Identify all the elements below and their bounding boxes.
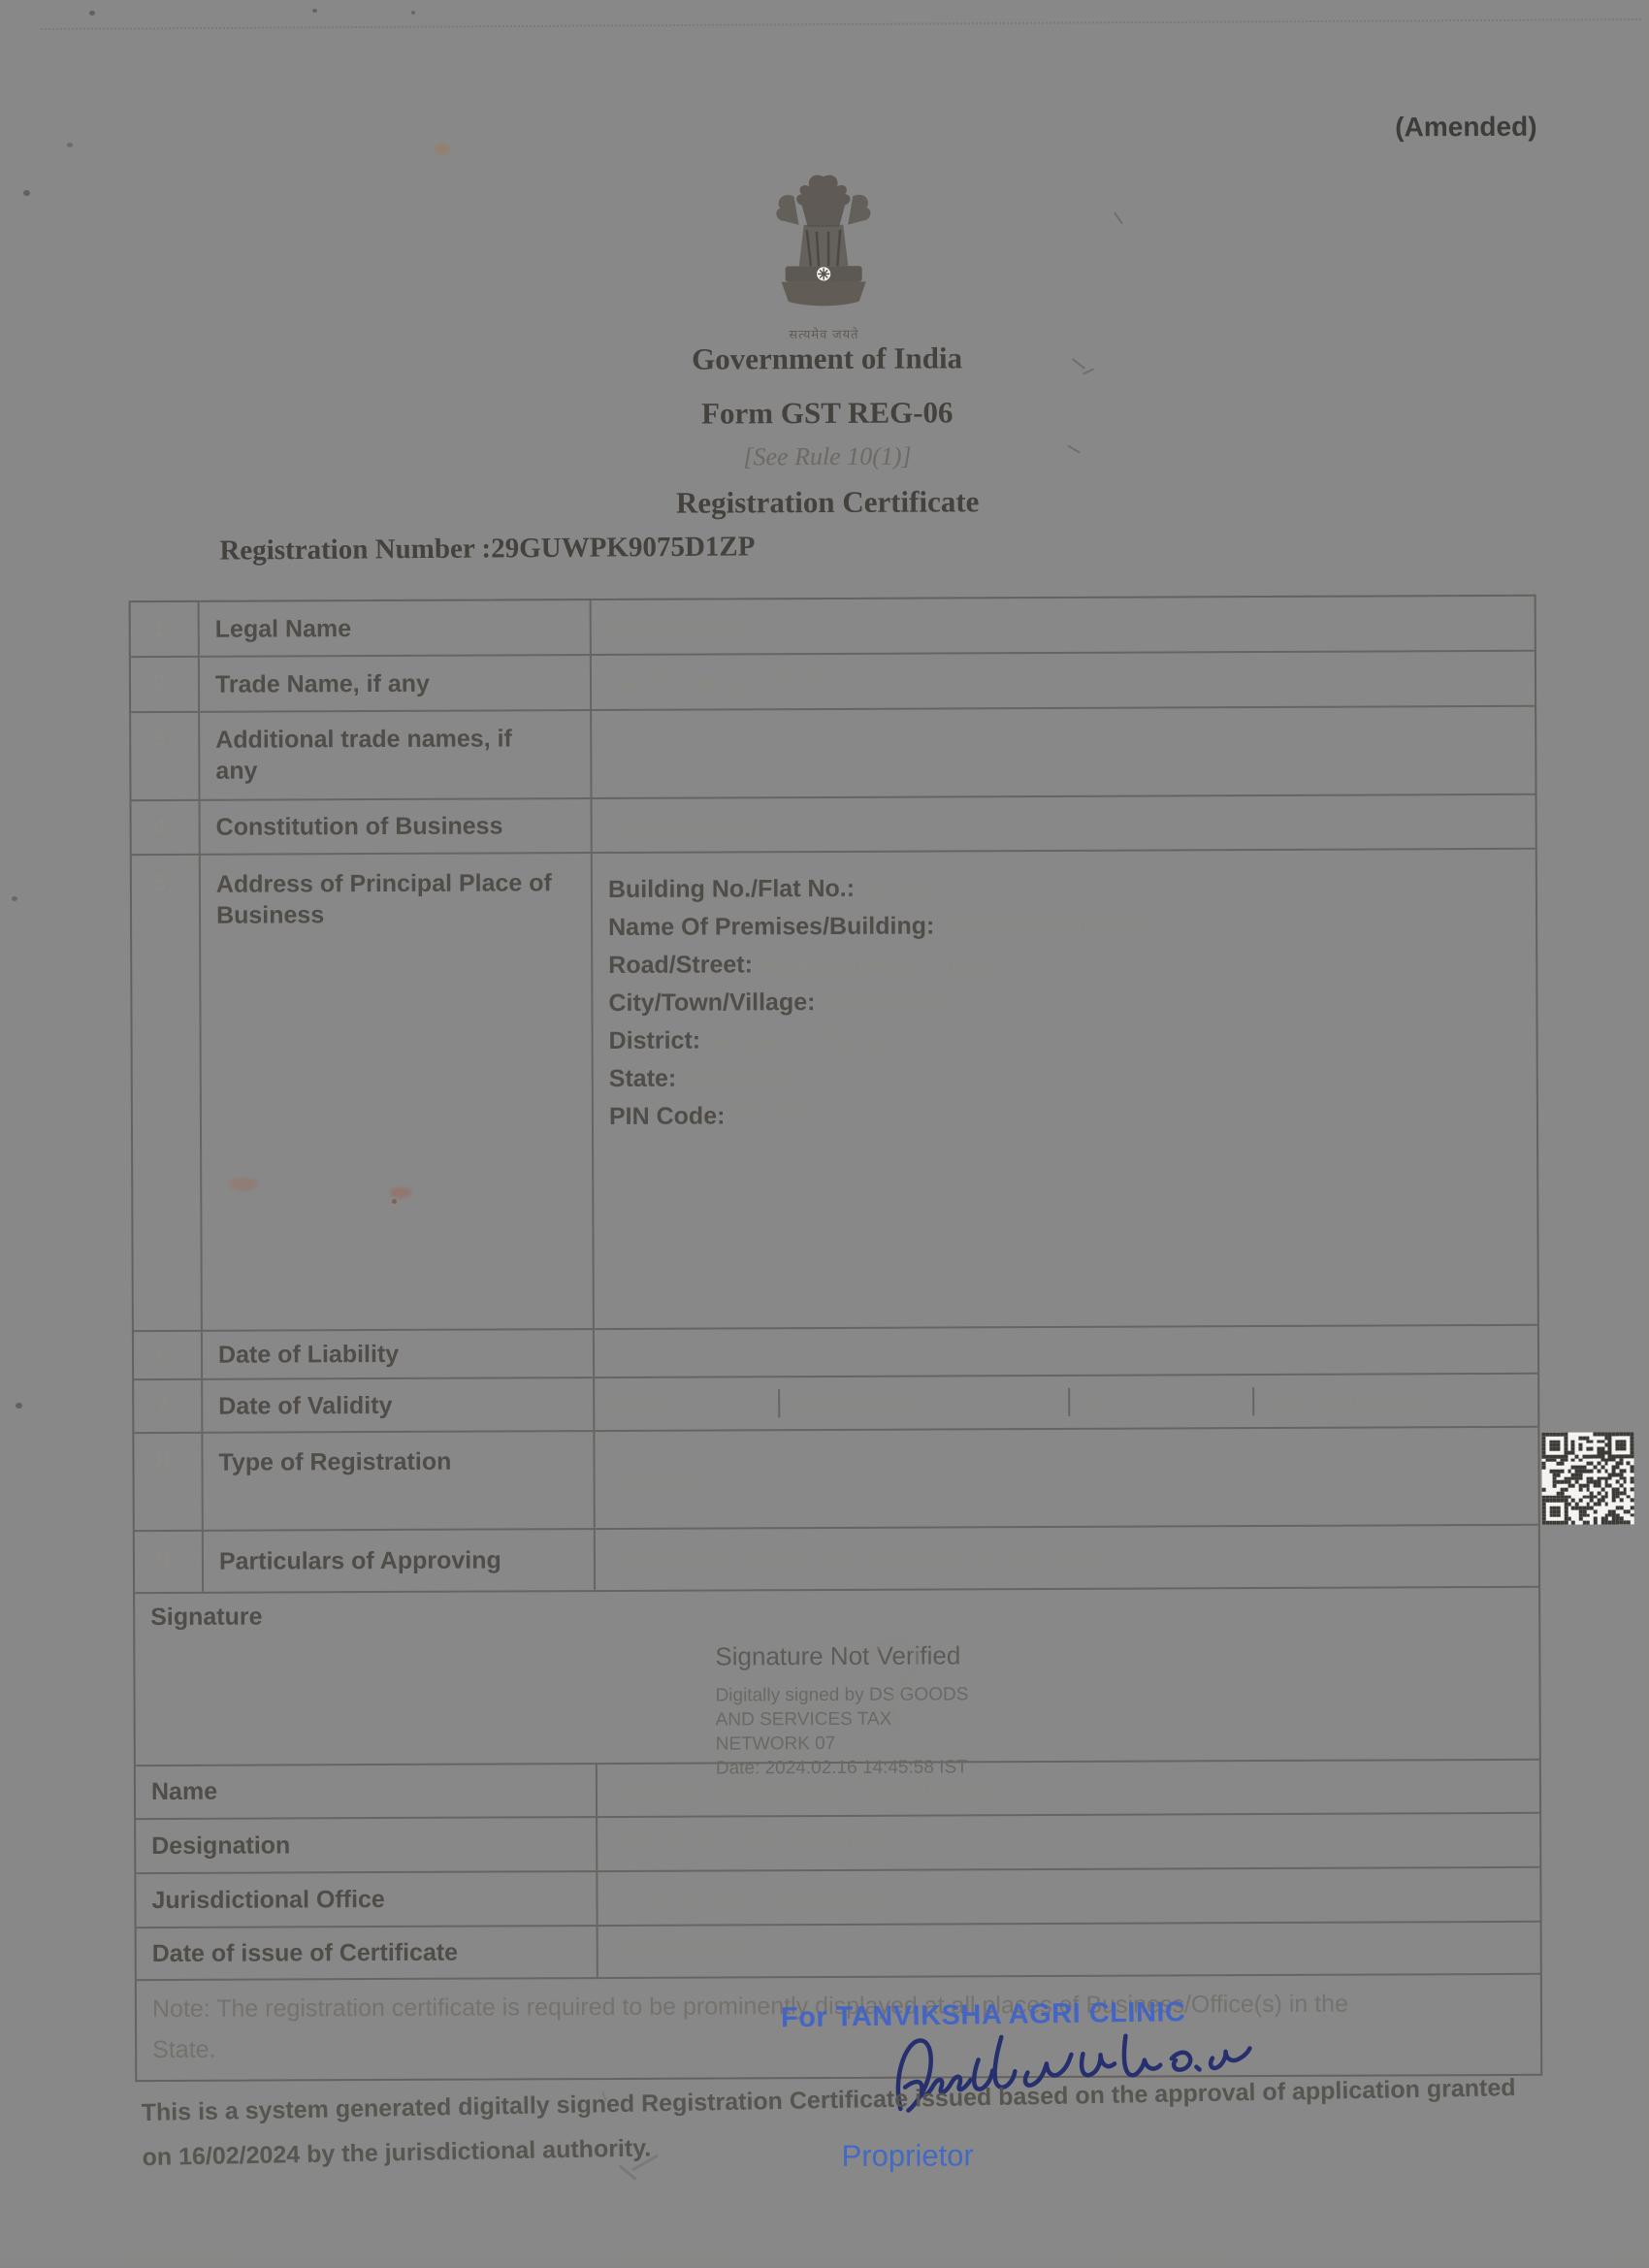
jurisdictional-office-label: Jurisdictional Office xyxy=(136,1872,598,1927)
validity-to-date: Not Applicable xyxy=(1254,1386,1537,1415)
address-value: Bengaluru Rural xyxy=(700,1026,883,1054)
row-label: Address of Principal Place of Business xyxy=(201,854,595,1330)
row-value xyxy=(592,707,1535,797)
address-line: City/Town/Village: Dodballapur xyxy=(608,981,1526,1022)
address-label: State: xyxy=(609,1065,677,1092)
row-number: 6. xyxy=(134,1332,203,1378)
amended-tag: (Amended) xyxy=(1395,112,1536,144)
address-line: District: Bengaluru Rural xyxy=(609,1019,1527,1060)
principal-address: Building No./Flat No.: No 94/2 Name Of P… xyxy=(593,850,1537,1328)
table-row-date-of-validity: 7. Date of Validity From 04/01/2024 To N… xyxy=(134,1375,1537,1434)
row-label: Additional trade names, if any xyxy=(200,711,592,799)
table-row-date-of-issue: Date of issue of Certificate 16/02/2024 xyxy=(137,1923,1540,1981)
footer-declaration: This is a system generated digitally sig… xyxy=(141,2064,1568,2180)
registration-number: Registration Number :29GUWPK9075D1ZP xyxy=(219,531,755,567)
table-row-principal-address: 5. Address of Principal Place of Busines… xyxy=(132,850,1537,1332)
registration-type-cell: Regular xyxy=(595,1428,1537,1528)
row-number: 4. xyxy=(132,801,201,854)
header-rule-reference: [See Rule 10(1)] xyxy=(245,439,1409,473)
table-row-trade-name: 2. Trade Name, if any Tanviksha Agri Cli… xyxy=(131,652,1535,713)
header-form-name: Form GST REG-06 xyxy=(245,393,1409,433)
table-row-designation: Designation Assistant Commissioner xyxy=(136,1814,1539,1874)
address-label: PIN Code: xyxy=(609,1102,726,1130)
qr-code xyxy=(1541,1432,1633,1524)
row-label: Particulars of Approving xyxy=(204,1530,596,1592)
address-lines: Building No./Flat No.: No 94/2 Name Of P… xyxy=(608,859,1527,1136)
validity-to-label: To xyxy=(1070,1387,1254,1416)
header-government-of-india: Government of India xyxy=(244,339,1408,378)
row-number: 2. xyxy=(131,658,200,711)
address-label: City/Town/Village: xyxy=(608,988,815,1017)
table-row-legal-name: 1. Legal Name Anil Kumar M xyxy=(131,597,1535,658)
national-emblem: सत्यमेव जयते xyxy=(761,171,887,343)
address-value: Karnataka xyxy=(676,1064,793,1092)
address-value: Mahalaxmi Nilayam xyxy=(934,912,1152,940)
validity-from-label: From xyxy=(595,1389,780,1418)
address-line: Road/Street: Heggaddi Halli Viilage xyxy=(608,943,1526,985)
row-value: Anil Kumar M xyxy=(592,597,1535,654)
signature-label: Signature xyxy=(150,1604,262,1633)
address-label: Road/Street: xyxy=(608,951,753,979)
table-row-jurisdictional-office: Jurisdictional Office LGSTO 152 - Bengal… xyxy=(136,1868,1539,1928)
table-row-type-of-registration: 8. Type of Registration Regular xyxy=(134,1428,1537,1532)
address-line: State: Karnataka xyxy=(609,1056,1527,1098)
address-label: Name Of Premises/Building: xyxy=(608,913,934,941)
row-number: 9. xyxy=(135,1532,204,1592)
row-label: Date of Validity xyxy=(203,1378,595,1432)
signature-question-mark-icon xyxy=(853,1629,946,1750)
table-row-additional-trade-names: 3. Additional trade names, if any xyxy=(131,707,1535,801)
row-number: 5. xyxy=(132,856,203,1330)
emblem-motto: सत्यमेव जयते xyxy=(761,325,886,343)
row-label: Date of Liability xyxy=(203,1330,595,1378)
address-label: Building No./Flat No.: xyxy=(608,875,855,903)
registration-number-label: Registration Number : xyxy=(219,533,491,566)
row-number: 1. xyxy=(131,602,200,656)
address-value: Dodballapur xyxy=(815,988,953,1016)
table-row-constitution: 4. Constitution of Business Proprietorsh… xyxy=(132,795,1536,856)
row-value: Proprietorship xyxy=(593,795,1536,852)
row-number: 7. xyxy=(134,1380,203,1432)
row-label: Legal Name xyxy=(200,600,592,656)
certificate-table: 1. Legal Name Anil Kumar M 2. Trade Name… xyxy=(129,595,1543,2082)
officer-name-label: Name xyxy=(136,1765,598,1818)
address-value: Heggaddi Halli Viilage xyxy=(753,950,996,978)
table-row-signature: Signature Signature Not Verified Digital… xyxy=(135,1588,1539,1766)
row-number: 3. xyxy=(131,713,200,799)
address-label: District: xyxy=(609,1027,701,1054)
certificate-page: (Amended) सत्यमेव जयते Government of xyxy=(0,0,1649,2268)
address-value: No 94/2 xyxy=(855,874,947,901)
validity-from-date: 04/01/2024 xyxy=(780,1388,1070,1417)
row-value: Karnataka Goods and Services Tax Act, 20… xyxy=(596,1526,1538,1590)
address-line: Name Of Premises/Building: Mahalaxmi Nil… xyxy=(608,905,1526,947)
table-row-officer-name: Name MARUTHIPRAKASH PRAMEELA xyxy=(136,1761,1539,1820)
row-value: Regular xyxy=(611,1466,696,1494)
header-certificate-title: Registration Certificate xyxy=(245,482,1409,522)
date-of-issue-label: Date of issue of Certificate xyxy=(137,1927,598,1979)
row-value xyxy=(595,1326,1537,1377)
table-row-particulars-of-approving: 9. Particulars of Approving Karnataka Go… xyxy=(135,1526,1538,1594)
row-value: Tanviksha Agri Clinic xyxy=(592,652,1535,709)
date-of-issue-value: 16/02/2024 xyxy=(598,1923,1540,1977)
table-row-date-of-liability: 6. Date of Liability xyxy=(134,1326,1537,1380)
row-label: Type of Registration xyxy=(203,1432,595,1530)
officer-name-value: MARUTHIPRAKASH PRAMEELA xyxy=(598,1761,1539,1816)
address-value: 561203 xyxy=(725,1102,812,1129)
ashoka-lion-capital-icon xyxy=(764,171,884,319)
address-line: PIN Code: 561203 xyxy=(609,1094,1527,1136)
designation-label: Designation xyxy=(136,1818,598,1872)
designation-value: Assistant Commissioner xyxy=(598,1814,1539,1870)
jurisdictional-office-value: LGSTO 152 - Bengaluru xyxy=(598,1868,1539,1925)
row-number: 8. xyxy=(134,1434,203,1530)
row-label: Constitution of Business xyxy=(201,799,593,854)
registration-number-value: 29GUWPK9075D1ZP xyxy=(491,531,756,564)
row-label: Trade Name, if any xyxy=(200,656,592,711)
address-line: Building No./Flat No.: No 94/2 xyxy=(608,867,1526,909)
